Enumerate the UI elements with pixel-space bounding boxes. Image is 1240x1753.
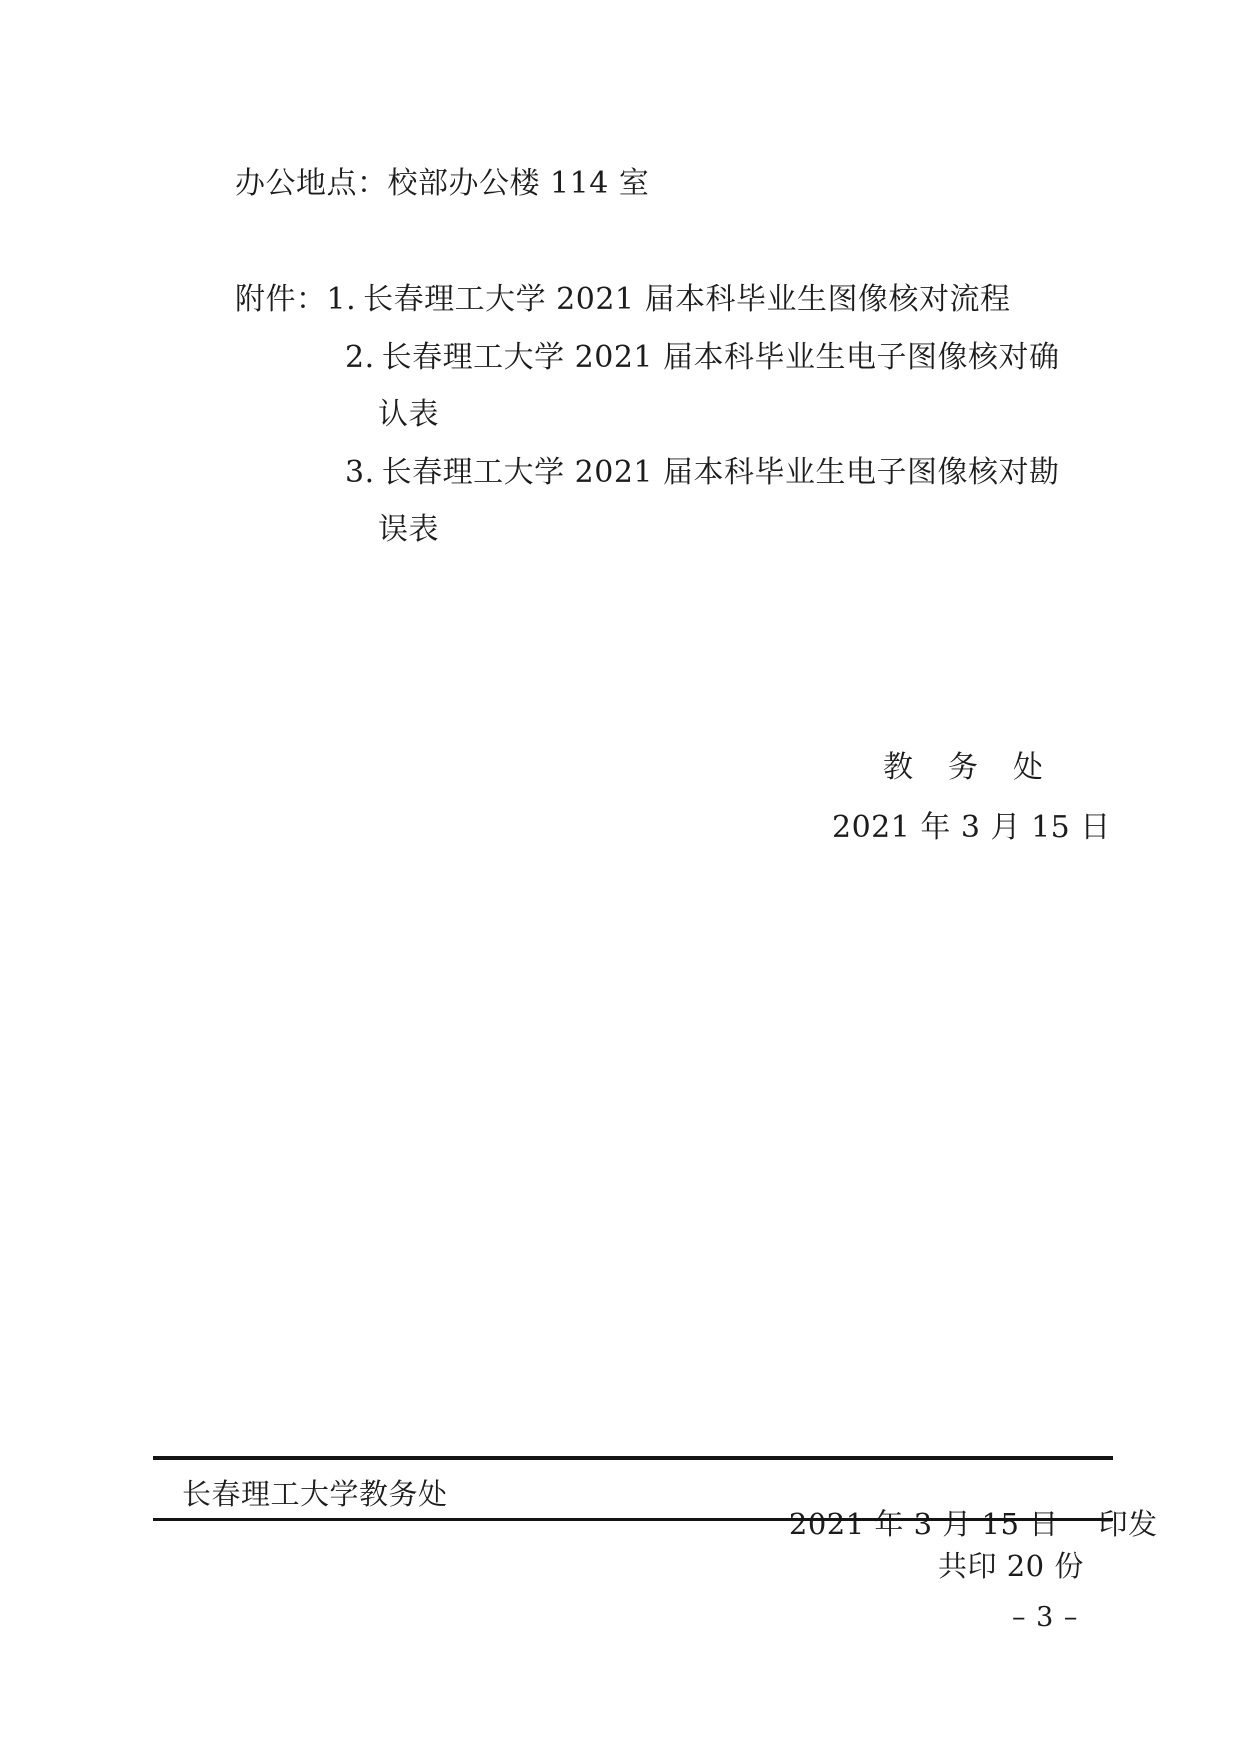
footer-rule-top [153,1456,1113,1460]
footer-print-date: 2021 年 3 月 15 日 [789,1507,1059,1541]
attachment-item-3: 3.长春理工大学 2021 届本科毕业生电子图像核对勘 [345,457,1060,489]
footer-copies: 共印 20 份 [938,1551,1084,1581]
signature-date: 2021 年 3 月 15 日 [832,812,1111,844]
attachment-label: 附件： [235,284,327,316]
office-location-line: 办公地点：校部办公楼 114 室 [235,168,649,200]
attachment-2-marker: 2. [345,342,375,374]
document-page: 办公地点：校部办公楼 114 室 附件：1.长春理工大学 2021 届本科毕业生… [0,0,1240,1753]
footer-rule-bottom [153,1518,1113,1521]
page-number: – 3 – [1012,1604,1078,1632]
attachment-2-text: 长春理工大学 2021 届本科毕业生电子图像核对确 [382,342,1060,374]
attachment-3-text: 长春理工大学 2021 届本科毕业生电子图像核对勘 [382,457,1060,489]
attachment-item-2: 2.长春理工大学 2021 届本科毕业生电子图像核对确 [345,342,1060,374]
attachment-1-text: 长春理工大学 2021 届本科毕业生图像核对流程 [363,284,1010,316]
attachment-2-text-continuation: 认表 [378,399,439,431]
footer-print-label: 印发 [1099,1507,1158,1541]
footer-issuer: 长春理工大学教务处 [182,1479,448,1509]
attachment-3-text-continuation: 误表 [378,514,439,546]
attachment-1-marker: 1. [327,284,357,316]
attachment-item-1: 附件：1.长春理工大学 2021 届本科毕业生图像核对流程 [235,284,1011,316]
signature-department: 教 务 处 [883,752,1046,784]
attachment-3-marker: 3. [345,457,375,489]
